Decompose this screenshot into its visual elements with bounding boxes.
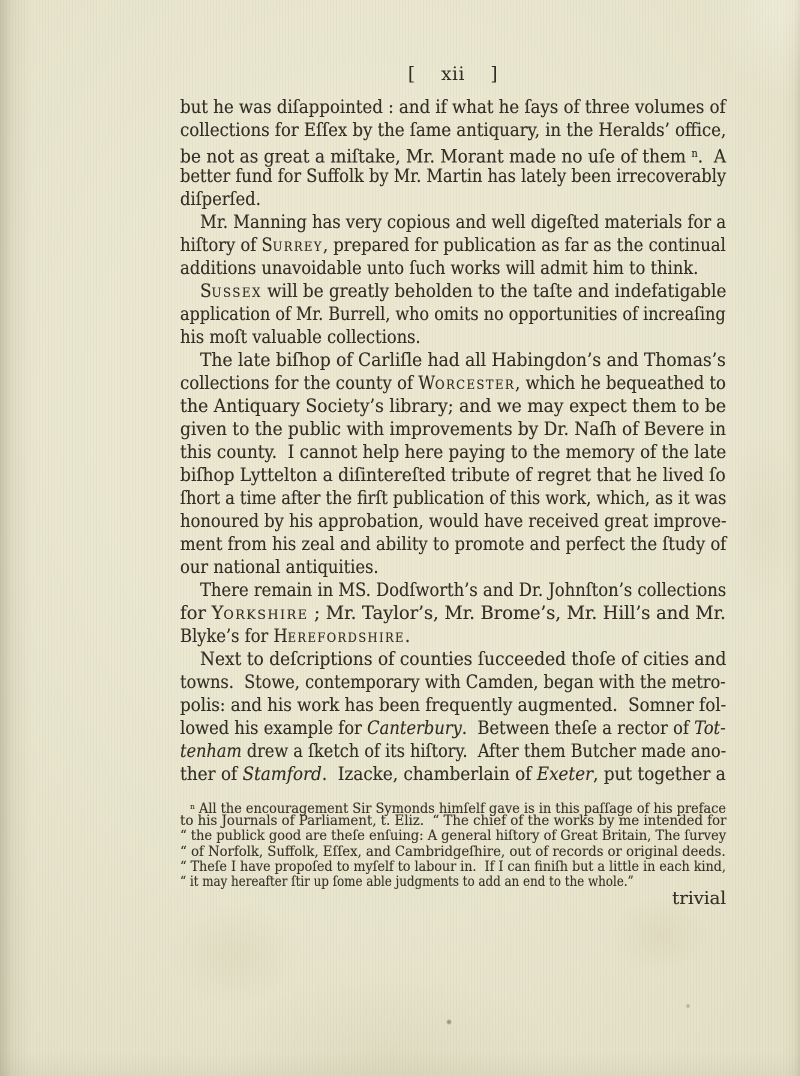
text-segment: Canterbury xyxy=(367,718,462,739)
paragraph: but he was diſappointed : and if what he… xyxy=(180,96,726,211)
text-segment: to his Journals of Parliament, t. Eliz. … xyxy=(180,813,726,829)
text-line: but he was diſappointed : and if what he… xyxy=(180,96,726,119)
text-line: “ of Norfolk, Suffolk, Eſſex, and Cambri… xyxy=(180,845,726,860)
text-line: collections for the county of Worcester,… xyxy=(180,372,726,395)
text-line: There remain in MS. Dodſworth’s and Dr. … xyxy=(180,579,726,602)
paragraph: The late biſhop of Carliſle had all Habi… xyxy=(180,349,726,579)
text-segment: Tot- xyxy=(694,718,726,739)
text-line: application of Mr. Burrell, who omits no… xyxy=(180,303,726,326)
text-line: “ Theſe I have propoſed to myſelf to lab… xyxy=(180,860,726,875)
text-segment: ; Mr. Taylor’s, Mr. Brome’s, Mr. Hill’s … xyxy=(308,603,725,624)
text-line: the Antiquary Society’s library; and we … xyxy=(180,395,726,418)
footnote: n All the encouragement Sir Symonds himſ… xyxy=(180,799,726,890)
text-segment: lowed his example for xyxy=(180,718,367,739)
text-segment: diſperſed. xyxy=(180,189,261,210)
text-line: biſhop Lyttelton a diſintereſted tribute… xyxy=(180,464,726,487)
text-segment: hiſtory of S xyxy=(180,235,273,256)
text-segment: , put together a xyxy=(593,764,726,785)
text-segment: “ of Norfolk, Suffolk, Eſſex, and Cambri… xyxy=(180,844,726,860)
text-segment: “ it may hereafter ſtir up ſome able jud… xyxy=(180,874,634,890)
text-segment: Stamford xyxy=(242,764,321,785)
text-line: ſhort a time after the firſt publication… xyxy=(180,487,726,510)
text-segment: for Y xyxy=(180,603,223,624)
text-line: ment from his zeal and ability to promot… xyxy=(180,533,726,556)
text-segment: but he was diſappointed : and if what he… xyxy=(180,97,726,118)
text-line: tenham drew a ſketch of its hiſtory. Aft… xyxy=(180,740,726,763)
text-line: lowed his example for Canterbury. Betwee… xyxy=(180,717,726,740)
text-segment: Blyke’s for H xyxy=(180,626,288,647)
text-segment: polis: and his work has been frequently … xyxy=(180,695,726,716)
text-segment: There remain in MS. Dodſworth’s and Dr. … xyxy=(200,580,726,601)
text-line: this county. I cannot help here paying t… xyxy=(180,441,726,464)
text-segment: collections for the county of W xyxy=(180,373,435,394)
text-segment: our national antiquities. xyxy=(180,557,379,578)
text-segment: Next to deſcriptions of counties ſucceed… xyxy=(200,649,726,670)
text-segment: S xyxy=(200,281,211,302)
book-page-scan: { "document": { "folio": "[ xii ]", "cat… xyxy=(0,0,800,1076)
text-segment: orcester xyxy=(435,373,515,394)
text-segment: . Izacke, chamberlain of xyxy=(322,764,537,785)
text-line: Next to deſcriptions of counties ſucceed… xyxy=(180,648,726,671)
text-segment: additions unavoidable unto ſuch works wi… xyxy=(180,258,698,279)
text-line: collections for Eſſex by the ſame antiqu… xyxy=(180,119,726,142)
text-segment: “ Theſe I have propoſed to myſelf to lab… xyxy=(180,859,726,875)
text-segment: better fund for Suffolk by Mr. Martin ha… xyxy=(180,166,726,187)
text-segment: application of Mr. Burrell, who omits no… xyxy=(180,304,726,325)
text-segment: ther of xyxy=(180,764,242,785)
text-segment: orkshire xyxy=(223,603,308,624)
text-line: to his Journals of Parliament, t. Eliz. … xyxy=(180,814,726,829)
text-segment: will be greatly beholden to the taſte an… xyxy=(262,281,726,302)
catchword: trivial xyxy=(180,891,726,907)
text-line: ther of Stamford. Izacke, chamberlain of… xyxy=(180,763,726,786)
text-segment: The late biſhop of Carliſle had all Habi… xyxy=(200,350,726,371)
text-line: Sussex will be greatly beholden to the t… xyxy=(180,280,726,303)
text-line: Mr. Manning has very copious and well di… xyxy=(180,211,726,234)
text-segment: this county. I cannot help here paying t… xyxy=(180,442,726,463)
text-segment: Exeter xyxy=(537,764,593,785)
text-line: The late biſhop of Carliſle had all Habi… xyxy=(180,349,726,372)
text-segment: biſhop Lyttelton a diſintereſted tribute… xyxy=(180,465,726,486)
text-segment: his moſt valuable collections. xyxy=(180,327,421,348)
paragraph: Next to deſcriptions of counties ſucceed… xyxy=(180,648,726,786)
text-line: “ it may hereafter ſtir up ſome able jud… xyxy=(180,875,726,890)
text-line: polis: and his work has been frequently … xyxy=(180,694,726,717)
text-segment: drew a ſketch of its hiſtory. After them… xyxy=(242,741,726,762)
text-line: given to the public with improvements by… xyxy=(180,418,726,441)
text-line: n All the encouragement Sir Symonds himſ… xyxy=(180,799,726,814)
text-line: additions unavoidable unto ſuch works wi… xyxy=(180,257,726,280)
text-line: our national antiquities. xyxy=(180,556,726,579)
paragraph: Mr. Manning has very copious and well di… xyxy=(180,211,726,280)
text-segment: ſhort a time after the firſt publication… xyxy=(180,488,726,509)
text-segment: towns. Stowe, contemporary with Camden, … xyxy=(180,672,726,693)
text-segment: honoured by his approbation, would have … xyxy=(180,511,726,532)
text-segment: “ the publick good are theſe enſuing: A … xyxy=(180,828,726,844)
text-line: Blyke’s for Herefordshire. xyxy=(180,625,726,648)
text-line: “ the publick good are theſe enſuing: A … xyxy=(180,829,726,844)
text-segment: , which he bequeathed to xyxy=(515,373,726,394)
text-segment: . xyxy=(405,626,410,647)
paragraph: Sussex will be greatly beholden to the t… xyxy=(180,280,726,349)
text-line: towns. Stowe, contemporary with Camden, … xyxy=(180,671,726,694)
text-segment: tenham xyxy=(180,741,242,762)
text-segment: . Between theſe a rector of xyxy=(462,718,694,739)
text-segment: urrey xyxy=(273,235,323,256)
text-block: [ xii ] but he was diſappointed : and if… xyxy=(180,63,726,907)
text-segment: given to the public with improvements by… xyxy=(180,419,726,440)
text-line: be not as great a miſtake, Mr. Morant ma… xyxy=(180,142,726,165)
text-line: diſperſed. xyxy=(180,188,726,211)
text-segment: the Antiquary Society’s library; and we … xyxy=(180,396,726,417)
text-segment: ment from his zeal and ability to promot… xyxy=(180,534,726,555)
text-segment: , prepared for publication as far as the… xyxy=(323,235,726,256)
text-line: better fund for Suffolk by Mr. Martin ha… xyxy=(180,165,726,188)
text-segment: erefordshire xyxy=(288,626,405,647)
page-number: [ xii ] xyxy=(180,63,726,86)
paragraph: There remain in MS. Dodſworth’s and Dr. … xyxy=(180,579,726,648)
main-text: but he was diſappointed : and if what he… xyxy=(180,96,726,786)
text-segment: collections for Eſſex by the ſame antiqu… xyxy=(180,120,726,141)
text-line: hiſtory of Surrey, prepared for publicat… xyxy=(180,234,726,257)
text-segment: Mr. Manning has very copious and well di… xyxy=(200,212,726,233)
text-line: for Yorkshire ; Mr. Taylor’s, Mr. Brome’… xyxy=(180,602,726,625)
text-line: honoured by his approbation, would have … xyxy=(180,510,726,533)
text-segment: ussex xyxy=(211,281,261,302)
text-line: his moſt valuable collections. xyxy=(180,326,726,349)
